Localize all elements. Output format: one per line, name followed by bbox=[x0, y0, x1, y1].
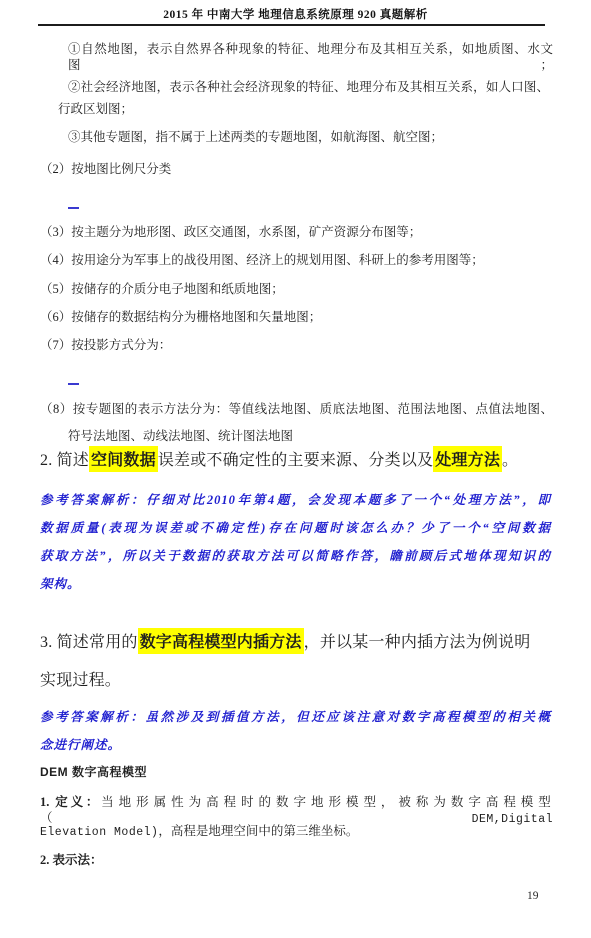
dem-definition-label: 1. 定义： bbox=[40, 795, 101, 809]
header-rule bbox=[38, 24, 545, 26]
classification-by-representation-line2: 符号法地图、动线法地图、统计图法地图 bbox=[68, 428, 293, 444]
classification-item-socioeconomic-line2: 行政区划图； bbox=[58, 101, 133, 117]
question-2-prefix: 2. 简述 bbox=[40, 452, 89, 469]
dem-representation-label: 2. 表示法： bbox=[40, 852, 103, 868]
answer-2-analysis-line3: 获取方法”，所以关于数据的获取方法可以简略作答，瞻前顾后式地体现知识的 bbox=[40, 548, 551, 564]
classification-by-scale: （2）按地图比例尺分类 bbox=[40, 161, 171, 177]
answer-2-analysis-line1: 参考答案解析：仔细对比2010年第4题，会发现本题多了一个“处理方法”，即 bbox=[40, 492, 551, 508]
classification-item-socioeconomic-line1: ②社会经济地图，表示各种社会经济现象的特征、地理分布及其相互关系，如人口图、 bbox=[68, 79, 549, 95]
question-3-line1: 3. 简述常用的数字高程模型内插方法，并以某一种内插方法为例说明 bbox=[40, 633, 530, 654]
page-header-title: 2015 年 中南大学 地理信息系统原理 920 真题解析 bbox=[0, 6, 591, 22]
question-3-prefix: 3. 简述常用的 bbox=[40, 634, 138, 651]
answer-2-analysis-line4: 架构。 bbox=[40, 576, 81, 592]
blue-dash-marker-2 bbox=[68, 383, 79, 385]
page-number: 19 bbox=[527, 890, 539, 902]
dem-definition-latin-1: DEM,Digital bbox=[472, 813, 553, 826]
question-2-line: 2. 简述空间数据误差或不确定性的主要来源、分类以及处理方法。 bbox=[40, 451, 518, 472]
dem-section-heading: DEM 数字高程模型 bbox=[40, 765, 147, 781]
classification-by-data-structure: （6）按储存的数据结构分为栅格地图和矢量地图； bbox=[40, 309, 321, 325]
document-page: 2015 年 中南大学 地理信息系统原理 920 真题解析 ①自然地图，表示自然… bbox=[0, 0, 591, 938]
question-2-suffix: 。 bbox=[502, 452, 518, 469]
question-2-highlight-processing-method: 处理方法 bbox=[433, 446, 502, 472]
dem-definition-latin-2: Elevation Model) bbox=[40, 826, 158, 839]
classification-item-natural: ①自然地图，表示自然界各种现象的特征、地理分布及其相互关系，如地质图、水文图； bbox=[68, 41, 553, 74]
classification-by-representation-line1: （8）按专题图的表示方法分为：等值线法地图、质底法地图、范围法地图、点值法地图、 bbox=[40, 401, 553, 417]
question-3-highlight-dem-interpolation: 数字高程模型内插方法 bbox=[138, 628, 304, 654]
classification-by-theme: （3）按主题分为地形图、政区交通图，水系图，矿产资源分布图等； bbox=[40, 224, 421, 240]
classification-by-projection: （7）按投影方式分为： bbox=[40, 337, 171, 353]
classification-by-medium: （5）按储存的介质分电子地图和纸质地图； bbox=[40, 281, 284, 297]
classification-item-other-thematic: ③其他专题图，指不属于上述两类的专题地图，如航海图、航空图； bbox=[68, 129, 443, 145]
answer-3-analysis-line2: 念进行阐述。 bbox=[40, 737, 121, 753]
answer-3-analysis-line1: 参考答案解析：虽然涉及到插值方法，但还应该注意对数字高程模型的相关概 bbox=[40, 709, 551, 725]
answer-2-analysis-line2: 数据质量(表现为误差或不确定性)存在问题时该怎么办？少了一个“空间数据 bbox=[40, 520, 551, 536]
dem-definition-text-2: ，高程是地理空间中的第三维坐标。 bbox=[158, 824, 358, 838]
question-2-highlight-spatial-data: 空间数据 bbox=[89, 446, 158, 472]
question-2-mid: 误差或不确定性的主要来源、分类以及 bbox=[158, 452, 433, 469]
question-3-line2: 实现过程。 bbox=[40, 671, 121, 692]
dem-definition-line2: Elevation Model)，高程是地理空间中的第三维坐标。 bbox=[40, 823, 358, 841]
classification-by-use: （4）按用途分为军事上的战役用图、经济上的规划用图、科研上的参考用图等； bbox=[40, 252, 484, 268]
question-3-suffix: ，并以某一种内插方法为例说明 bbox=[304, 634, 531, 651]
blue-dash-marker-1 bbox=[68, 207, 79, 209]
